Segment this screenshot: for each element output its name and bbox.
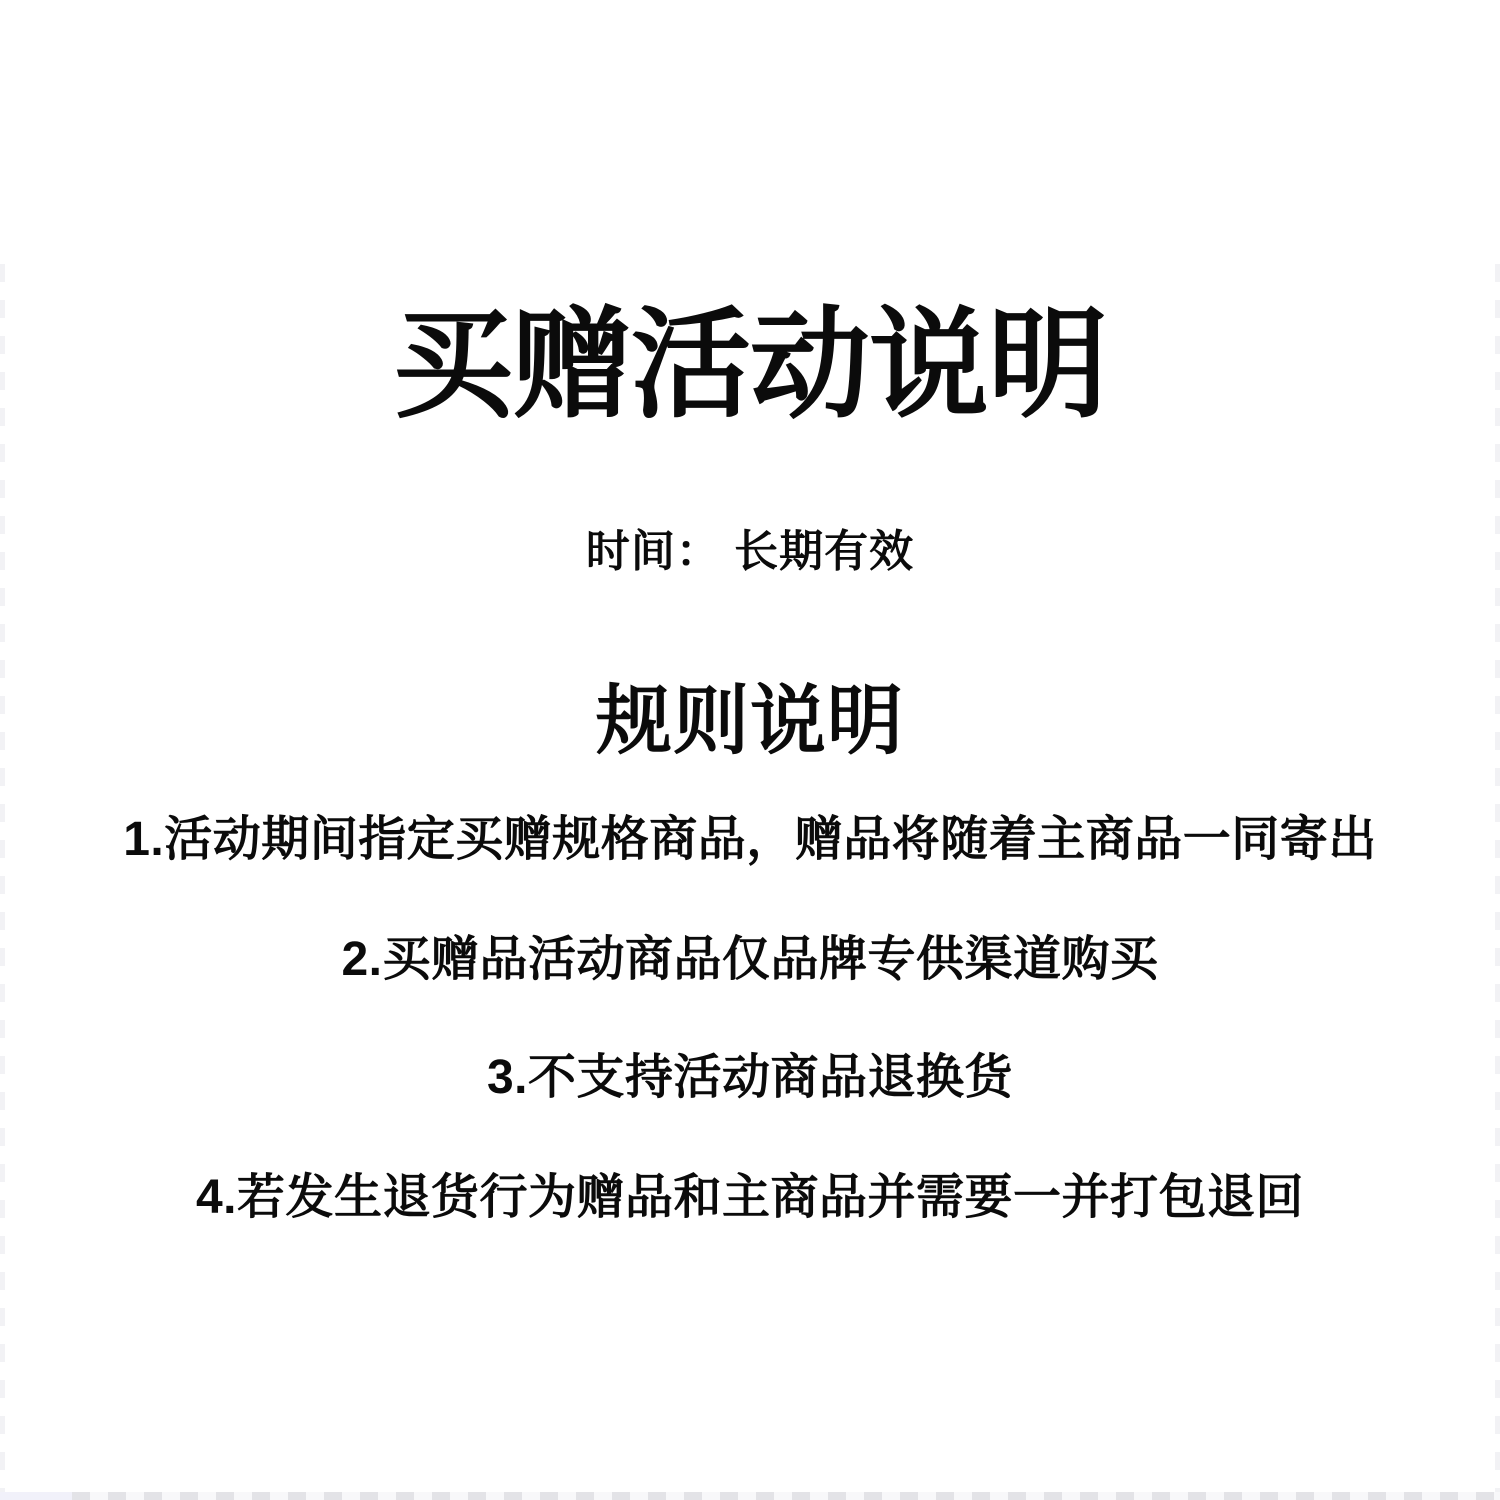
bottom-edge-checker-pattern bbox=[0, 1492, 1500, 1500]
rules-heading: 规则说明 bbox=[0, 681, 1500, 763]
left-edge-checker-pattern bbox=[0, 264, 5, 1500]
right-edge-checker-pattern bbox=[1495, 264, 1500, 1500]
rule-item-1: 1.活动期间指定买赠规格商品，赠品将随着主商品一同寄出 bbox=[0, 810, 1500, 870]
rule-item-4: 4.若发生退货行为赠品和主商品并需要一并打包退回 bbox=[0, 1168, 1500, 1228]
rule-item-2: 2.买赠品活动商品仅品牌专供渠道购买 bbox=[0, 930, 1500, 990]
activity-title: 买赠活动说明 bbox=[0, 300, 1500, 430]
bottom-left-edge-accent bbox=[0, 1492, 72, 1500]
rule-item-3: 3.不支持活动商品退换货 bbox=[0, 1048, 1500, 1108]
activity-validity-text: 时间： 长期有效 bbox=[0, 522, 1500, 582]
promo-poster: 买赠活动说明 时间： 长期有效 规则说明 1.活动期间指定买赠规格商品，赠品将随… bbox=[0, 0, 1500, 1500]
